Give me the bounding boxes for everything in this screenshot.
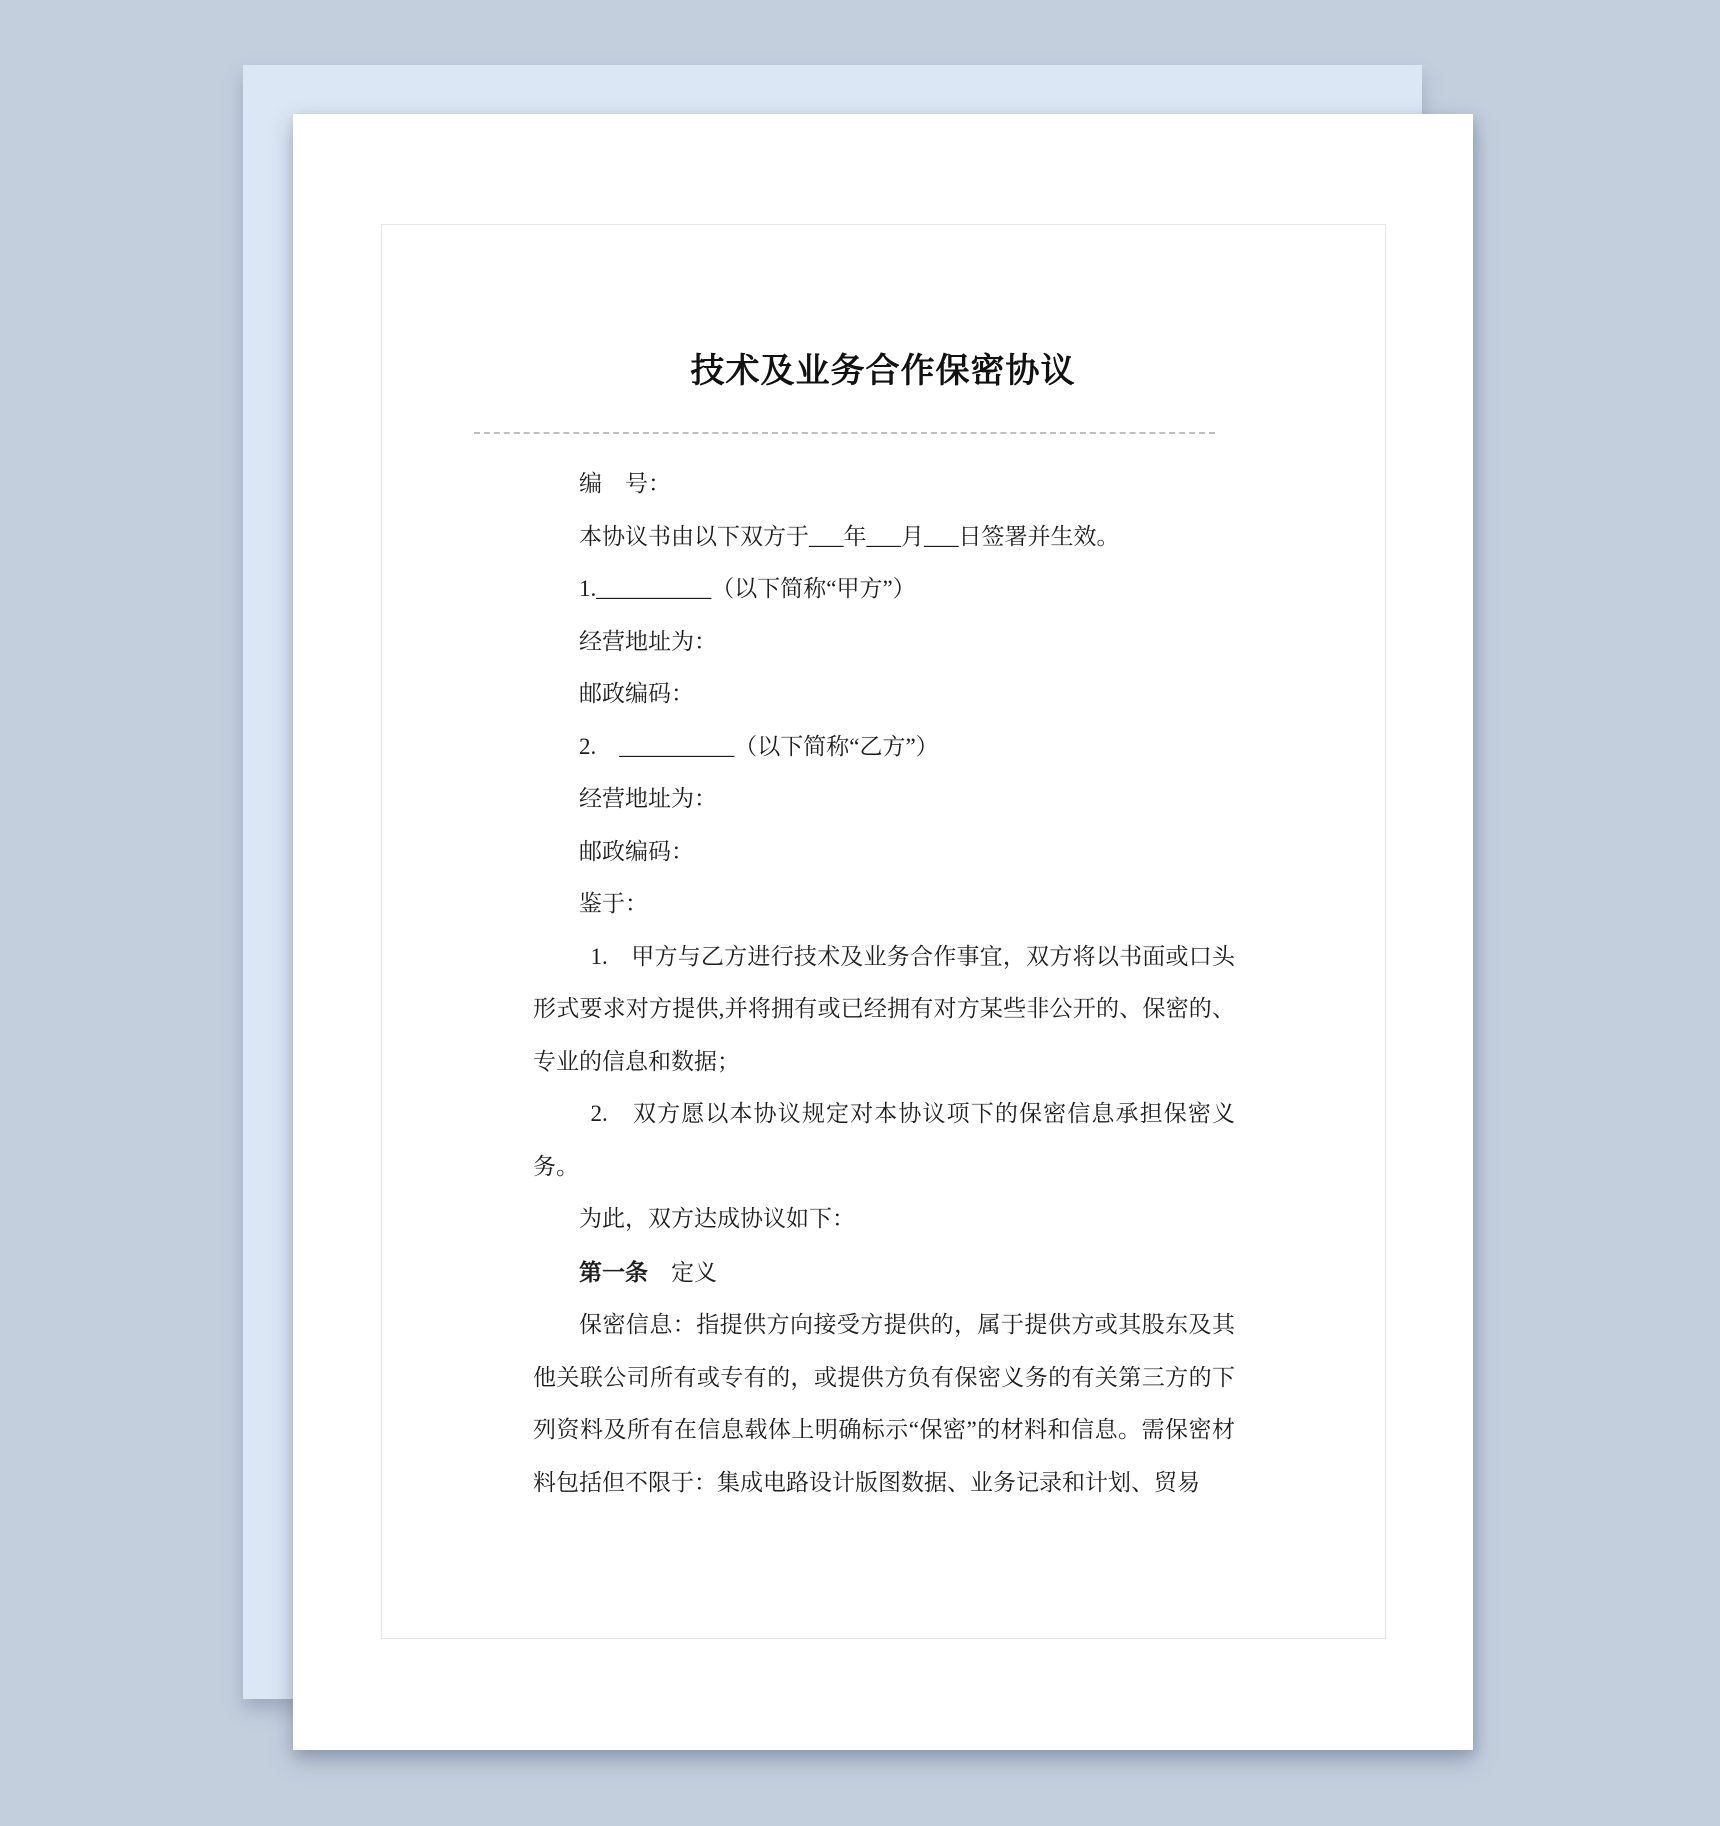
- paragraph-therefore: 为此，双方达成协议如下：: [533, 1193, 1235, 1246]
- paragraph-party-b-postcode: 邮政编码：: [533, 826, 1235, 879]
- page-background: 技术及业务合作保密协议 编 号： 本协议书由以下双方于___年___月___日签…: [0, 0, 1720, 1826]
- paragraph-party-b-address: 经营地址为：: [533, 773, 1235, 826]
- document-title: 技术及业务合作保密协议: [293, 350, 1473, 392]
- paragraph-definition: 保密信息：指提供方向接受方提供的，属于提供方或其股东及其他关联公司所有或专有的，…: [533, 1299, 1235, 1509]
- paragraph-party-a-address: 经营地址为：: [533, 616, 1235, 669]
- paragraph-recital-2: 2. 双方愿以本协议规定对本协议项下的保密信息承担保密义务。: [533, 1088, 1235, 1193]
- paragraph-party-a-postcode: 邮政编码：: [533, 668, 1235, 721]
- article-heading-number: 第一条: [579, 1259, 648, 1285]
- paragraph-party-a: 1.__________（以下简称“甲方”）: [533, 563, 1235, 616]
- article-heading-text: 定义: [648, 1260, 717, 1285]
- title-divider: [474, 432, 1215, 434]
- document-page: 技术及业务合作保密协议 编 号： 本协议书由以下双方于___年___月___日签…: [293, 114, 1473, 1750]
- paragraph-party-b: 2. __________（以下简称“乙方”）: [533, 721, 1235, 774]
- document-body: 编 号： 本协议书由以下双方于___年___月___日签署并生效。 1.____…: [533, 458, 1235, 1509]
- paragraph-recital-1: 1. 甲方与乙方进行技术及业务合作事宜，双方将以书面或口头形式要求对方提供,并将…: [533, 931, 1235, 1089]
- paragraph-doc-number: 编 号：: [533, 458, 1235, 511]
- article-heading: 第一条 定义: [533, 1246, 1235, 1300]
- paragraph-whereas: 鉴于：: [533, 878, 1235, 931]
- paragraph-signing-date: 本协议书由以下双方于___年___月___日签署并生效。: [533, 511, 1235, 564]
